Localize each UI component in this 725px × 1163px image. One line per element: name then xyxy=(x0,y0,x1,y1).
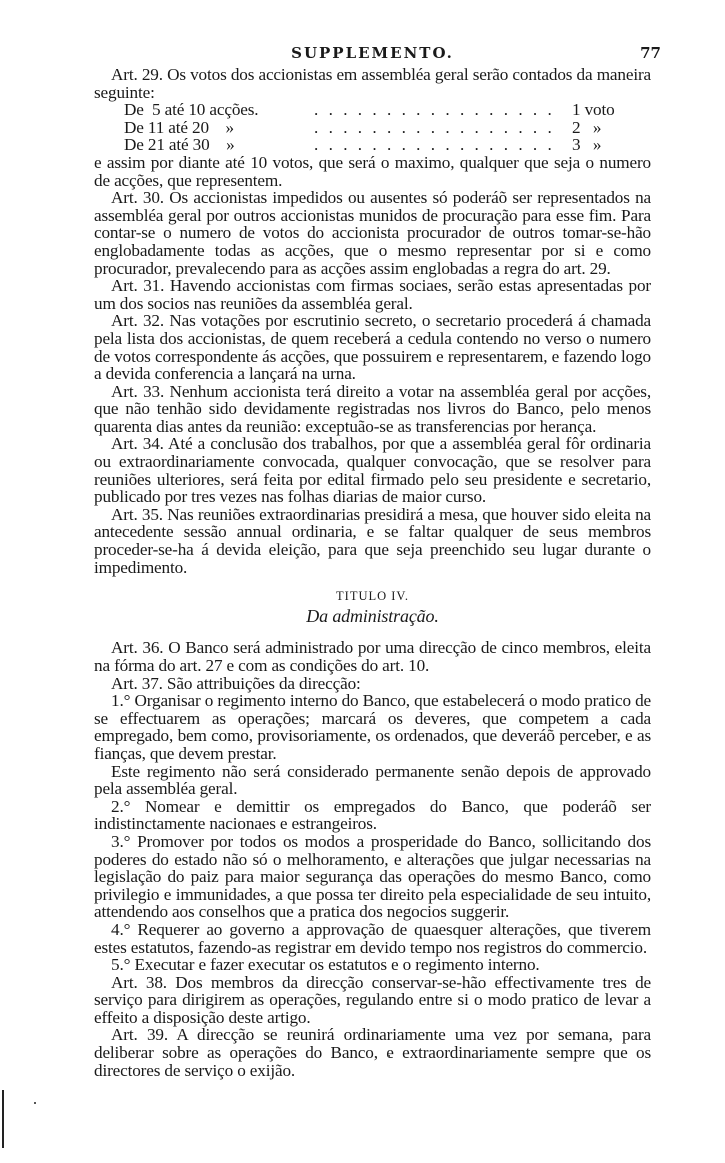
leader-dots: . . . . . . . . . . . . . . . . . . . . … xyxy=(314,119,560,137)
article-36: Art. 36. O Banco será administrado por u… xyxy=(94,639,651,674)
vote-range: De 11 até 20 » xyxy=(124,119,314,137)
leader-dots: . . . . . . . . . . . . . . . . . . . . … xyxy=(314,136,560,154)
scan-speck xyxy=(388,1055,390,1057)
vote-range: De 21 até 30 » xyxy=(124,136,314,154)
document-page: SUPPLEMENTO. 77 Art. 29. Os votos dos ac… xyxy=(94,44,651,1079)
section-titulo: TITULO IV. xyxy=(94,588,651,606)
vote-count: 2 » xyxy=(560,119,642,137)
vote-row: De 5 até 10 acções. . . . . . . . . . . … xyxy=(124,101,642,119)
article-37-item-1: 1.° Organisar o regimento interno do Ban… xyxy=(94,692,651,762)
article-35: Art. 35. Nas reuniões extraordinarias pr… xyxy=(94,506,651,576)
page-header: SUPPLEMENTO. 77 xyxy=(94,44,651,66)
scan-margin-mark xyxy=(2,1090,4,1148)
article-38: Art. 38. Dos membros da direcção conserv… xyxy=(94,974,651,1027)
scan-speck xyxy=(34,1102,36,1104)
section-subtitle: Da administração. xyxy=(94,608,651,626)
article-37-item-4: 4.° Requerer ao governo a approvação de … xyxy=(94,921,651,956)
article-29-intro: Art. 29. Os votos dos accionistas em ass… xyxy=(94,66,651,101)
article-37-item-3: 3.° Promover por todos os modos a prospe… xyxy=(94,833,651,921)
article-33: Art. 33. Nenhum accionista terá direito … xyxy=(94,383,651,436)
vote-count: 3 » xyxy=(560,136,642,154)
article-31: Art. 31. Havendo accionistas com firmas … xyxy=(94,277,651,312)
article-34: Art. 34. Até a conclusão dos trabalhos, … xyxy=(94,435,651,505)
leader-dots: . . . . . . . . . . . . . . . . . . . . … xyxy=(314,101,560,119)
vote-count: 1 voto xyxy=(560,101,642,119)
article-37: Art. 37. São attribuições da direcção: xyxy=(94,675,651,693)
article-32: Art. 32. Nas votações por escrutinio sec… xyxy=(94,312,651,382)
article-30: Art. 30. Os accionistas impedidos ou aus… xyxy=(94,189,651,277)
body-text: Art. 29. Os votos dos accionistas em ass… xyxy=(94,66,651,1079)
article-37-item-2: 2.° Nomear e demittir os empregados do B… xyxy=(94,798,651,833)
vote-range: De 5 até 10 acções. xyxy=(124,101,314,119)
article-37-item-1-note: Este regimento não será considerado perm… xyxy=(94,763,651,798)
running-title: SUPPLEMENTO. xyxy=(94,44,651,62)
article-39: Art. 39. A direcção se reunirá ordinaria… xyxy=(94,1026,651,1079)
vote-scale-table: De 5 até 10 acções. . . . . . . . . . . … xyxy=(124,101,642,154)
article-29-outro: e assim por diante até 10 votos, que ser… xyxy=(94,154,651,189)
page-number: 77 xyxy=(640,44,661,62)
article-37-item-5: 5.° Executar e fazer executar os estatut… xyxy=(94,956,651,974)
vote-row: De 21 até 30 » . . . . . . . . . . . . .… xyxy=(124,136,642,154)
vote-row: De 11 até 20 » . . . . . . . . . . . . .… xyxy=(124,119,642,137)
